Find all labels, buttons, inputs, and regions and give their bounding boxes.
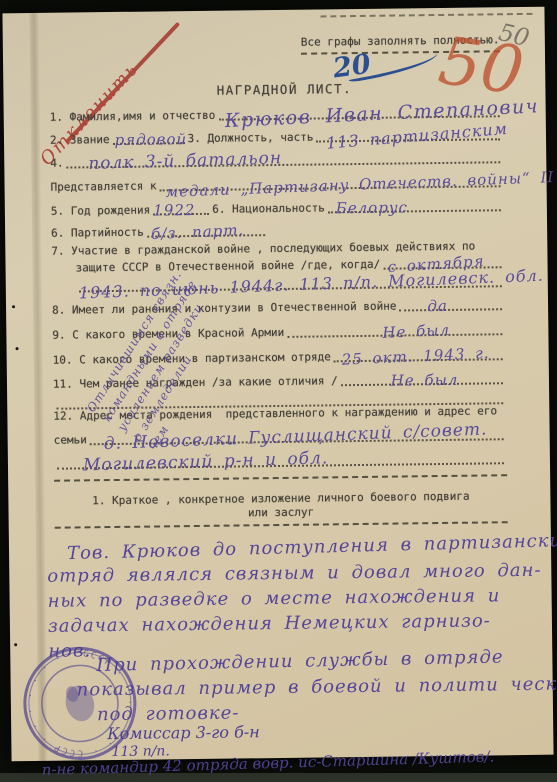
ink-speck [16,347,19,350]
field-7-dots2: 1943. по июнь 1944г. 113 п/п. Могилевск.… [79,278,502,292]
field-award-row: Представляется к медали „Партизану Отече… [50,173,503,194]
field-6-label: 6. Национальность [212,201,325,215]
citation-p1-line1: Тов. Крюков до поступления в партизански… [67,530,557,564]
field-4-dots: полк 3-й батальон [66,154,500,168]
citation-p2-line2: показывал пример в боевой и полити ческо… [77,673,557,700]
field-8-dots: да [399,301,502,311]
field-9-row: 9. С какого времени в Красной Армии Не б… [52,321,505,342]
red-pencil-number: 50 [435,28,528,105]
field-2-dots: рядовой [113,135,185,145]
field-1-label: 1. Фамилия,имя и отчество [50,109,216,124]
field-4-row: 4. полк 3-й батальон [50,149,503,170]
field-10-value: 25 окт. 1943 г. [341,344,490,369]
field-award-label: Представляется к [51,179,157,193]
dashed-separator-2 [55,521,508,529]
field-11-value: Не был [391,371,459,390]
field-5-dots: 1922 [153,206,209,216]
dashed-separator-1 [54,474,507,482]
ink-speck [14,643,17,646]
field-3-label: 3. Должность, часть [188,131,314,146]
field-7-row3: 1943. по июнь 1944г. 113 п/п. Могилевск.… [76,273,505,293]
field-party-value: б/з. парт. [150,221,244,243]
field-5-6-row: 5. Год рождения 1922 6. Национальность Б… [51,197,504,218]
document-title: НАГРАДНОЙ ЛИСТ. [153,80,415,98]
citation-p1-line3: ных по разведке о месте нахождения и [48,585,501,612]
field-6-dots: Белорус [328,202,501,213]
field-12-label-line2: семьи [54,433,87,446]
field-9-value: Не был [382,321,450,342]
field-4-value: полк 3-й батальон [88,148,282,174]
top-dashed-line [321,13,533,18]
field-4-label: 4. [50,157,63,170]
field-3-dots: 113 партизанским [316,131,500,142]
field-6-value: Белорус [336,198,408,217]
field-5-value: 1922 [153,201,195,220]
field-11-dots: Не был [341,375,503,386]
field-1-dots: Крюков Иван Степанович [218,108,500,120]
award-sheet-paper: Все графы заполнять полностью. 50 20 50 … [2,7,553,762]
field-award-dots: медали „Партизану Отечеств. войны“ II ст… [159,178,500,191]
field-12-dots2: Могилевский р-н и обл. [57,455,504,469]
field-award-value: медали „Партизану Отечеств. войны“ II ст… [165,167,557,201]
field-8-value: да [427,297,448,315]
citation-p1-line2: отряд являлся связным и довал много дан- [47,560,541,587]
field-party-label: 6. Партийность [51,226,144,240]
field-9-dots: Не был [287,326,502,338]
citation-p2-line1: При прохождении службы в отряде [96,646,504,676]
field-1-row: 1. Фамилия,имя и отчество Крюков Иван Ст… [50,103,503,124]
scanned-document: Все графы заполнять полностью. 50 20 50 … [0,0,557,782]
field-party-row: 6. Партийность б/з. парт. [51,219,504,240]
field-2-label: 2. Звание [50,133,110,147]
field-10-dots: 25 окт. 1943 г. [334,351,503,362]
field-party-dots: б/з. парт. [147,227,265,237]
field-2-3-row: 2. Звание рядовой 3. Должность, часть 11… [50,126,503,147]
field-5-label: 5. Год рождения [51,204,150,218]
field-2-value: рядовой [115,130,188,149]
ink-speck [12,305,15,308]
